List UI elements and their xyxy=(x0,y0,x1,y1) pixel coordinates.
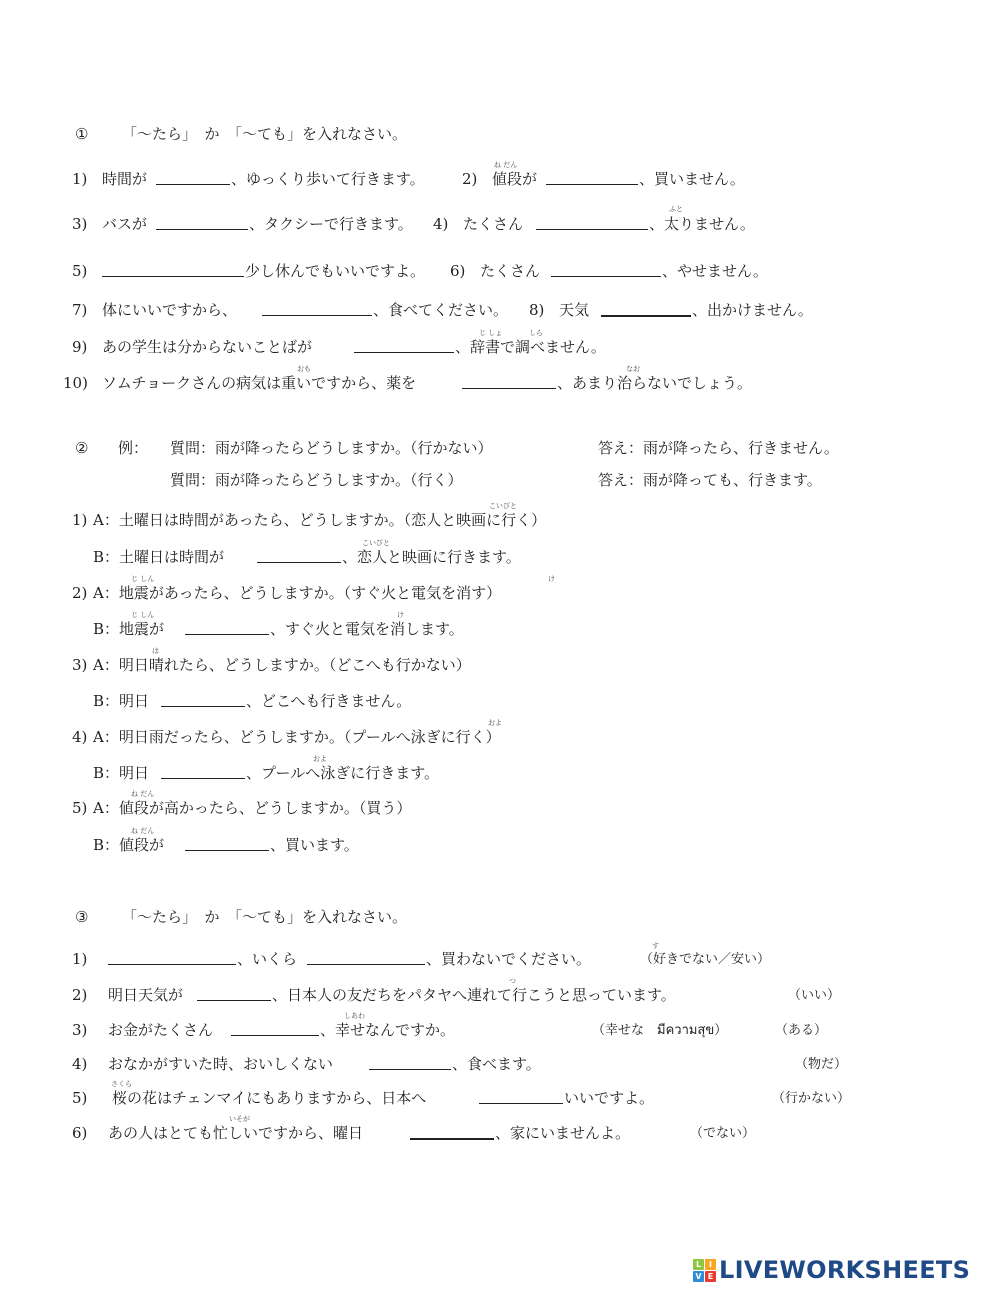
s2-q1-b-after: 、恋人と映画に行きます。 xyxy=(342,548,521,566)
s2-q2-b-after: 、すぐ火と電気を消します。 xyxy=(270,620,464,638)
s3-q2-after: 、日本人の友だちをパタヤへ連れて行こうと思っています。 xyxy=(272,986,676,1004)
s1-q6-answer-field[interactable] xyxy=(551,262,661,277)
s1-q9-after: 、辞書で調べません。 xyxy=(455,338,606,356)
example-label: 例： xyxy=(118,439,148,457)
s3-q5-answer-field[interactable] xyxy=(479,1089,563,1104)
s3-q5-hint: （行かない） xyxy=(772,1090,850,1108)
s2-q4-b-after: 、プールへ泳ぎに行きます。 xyxy=(246,764,439,782)
s1-q6-before: たくさん xyxy=(480,262,540,280)
s2-q4-b-before: B：明日 xyxy=(93,764,149,782)
s1-q10-answer-field[interactable] xyxy=(462,374,556,389)
example-answer-1: 答え：雨が降ったら、行きません。 xyxy=(598,439,839,457)
s1-q4-answer-field[interactable] xyxy=(536,215,648,230)
s1-q4-number: 4) xyxy=(433,215,448,233)
s1-q9-answer-field[interactable] xyxy=(354,338,454,353)
s1-q7-answer-field[interactable] xyxy=(262,301,372,316)
s3-q5-before: 桜の花はチェンマイにもありますから、日本へ xyxy=(112,1089,426,1107)
s1-q1-number: 1) xyxy=(72,170,87,188)
s3-q5-ruby: さくら xyxy=(111,1079,132,1089)
s3-q6-before: あの人はとても忙しいですから、曜日 xyxy=(108,1124,363,1142)
s2-q5-question: A：値段が高かったら、どうしますか。（買う） xyxy=(93,799,411,817)
s1-q4-after: 、太りません。 xyxy=(649,215,755,233)
s1-q4-before: たくさん xyxy=(463,215,523,233)
s2-q4-question: A：明日雨だったら、どうしますか。（プールへ泳ぎに行く） xyxy=(93,728,501,746)
s2-q2-answer-field[interactable] xyxy=(185,620,269,635)
s3-q3-after: 、幸せなんですか。 xyxy=(320,1021,455,1039)
s3-q3-ruby: しあわ xyxy=(344,1011,365,1021)
s2-q4-number: 4) xyxy=(72,728,87,746)
s3-q2-answer-field[interactable] xyxy=(197,986,271,1001)
s3-q4-hint: （物だ） xyxy=(795,1056,847,1074)
s3-q1-hint: （好きでない／安い） xyxy=(640,951,770,969)
s1-q5-answer-field[interactable] xyxy=(102,262,244,277)
s3-q4-before: おなかがすいた時、おいしくない xyxy=(108,1055,333,1073)
s2-q1-b-before: B：土曜日は時間が xyxy=(93,548,224,566)
s3-q6-answer-field[interactable] xyxy=(410,1124,494,1140)
s3-q1-answer-field-1[interactable] xyxy=(108,950,236,965)
s2-q1-answer-field[interactable] xyxy=(257,548,341,563)
s1-q8-after: 、出かけません。 xyxy=(692,301,813,319)
s3-q2-before: 明日天気が xyxy=(108,986,183,1004)
s2-q3-number: 3) xyxy=(72,656,87,674)
s2-q2-b-ruby: じ しん xyxy=(131,610,154,620)
s2-q1-a-ruby: こいびと xyxy=(489,501,517,511)
s3-q3-note: （幸せな มีความสุข） xyxy=(592,1022,727,1040)
live-blocks-icon: L I V E xyxy=(693,1259,716,1282)
section-1-number: ① xyxy=(75,125,88,143)
s1-q1-before: 時間が xyxy=(102,170,147,188)
section-3-number: ③ xyxy=(75,908,88,926)
s3-q3-answer-field[interactable] xyxy=(231,1021,319,1036)
s3-q3-before: お金がたくさん xyxy=(108,1021,213,1039)
s1-q8-answer-field[interactable] xyxy=(601,301,691,317)
s1-q8-number: 8) xyxy=(529,301,544,319)
s3-q6-after: 、家にいませんよ。 xyxy=(495,1124,630,1142)
s3-q1-middle: 、いくら xyxy=(237,950,297,968)
s1-q10-number: 10) xyxy=(63,374,88,392)
s2-q4-a-ruby: およ xyxy=(488,718,502,728)
s3-q2-number: 2) xyxy=(72,986,87,1004)
section-2-number: ② xyxy=(75,439,88,457)
example-question-2: 質問：雨が降ったらどうしますか。（行く） xyxy=(170,471,463,489)
s2-q3-a-ruby: は xyxy=(152,646,159,656)
s1-q2-answer-field[interactable] xyxy=(546,170,638,185)
s3-q1-after: 、買わないでください。 xyxy=(426,950,591,968)
s1-q2-before: 値段が xyxy=(492,170,537,188)
example-question-1: 質問：雨が降ったらどうしますか。（行かない） xyxy=(170,439,493,457)
s2-q5-b-ruby: ね だん xyxy=(131,826,154,836)
s3-q5-number: 5) xyxy=(72,1089,87,1107)
s1-q3-answer-field[interactable] xyxy=(156,215,248,230)
s1-q7-before: 体にいいですから、 xyxy=(102,301,237,319)
s3-q1-hint-ruby: す xyxy=(652,941,659,951)
s1-q1-after: 、ゆっくり歩いて行きます。 xyxy=(231,170,425,188)
s2-q2-a-ruby: じ しん xyxy=(131,574,154,584)
s2-q2-question: A：地震があったら、どうしますか。（すぐ火と電気を消す） xyxy=(93,584,501,602)
s3-q3-hint: （ある） xyxy=(775,1022,827,1040)
s2-q3-b-before: B：明日 xyxy=(93,692,149,710)
s2-q3-b-after: 、どこへも行きません。 xyxy=(246,692,411,710)
s1-q9-number: 9) xyxy=(72,338,87,356)
s1-q3-before: バスが xyxy=(102,215,147,233)
s1-q10-after: 、あまり治らないでしょう。 xyxy=(557,374,752,392)
s1-q8-before: 天気 xyxy=(559,301,589,319)
s2-q5-b-before: B：値段が xyxy=(93,836,164,854)
s2-q5-b-after: 、買います。 xyxy=(270,836,359,854)
s1-q2-ruby: ね だん xyxy=(494,160,517,170)
section-1-instruction: 「〜たら」 か 「〜ても」を入れなさい。 xyxy=(122,125,407,143)
s3-q6-ruby: いそが xyxy=(229,1114,250,1124)
liveworksheets-logo[interactable]: L I V E LIVEWORKSHEETS xyxy=(693,1255,970,1285)
logo-block-e: E xyxy=(705,1271,716,1282)
s3-q2-ruby: つ xyxy=(509,976,516,986)
s3-q5-after: いいですよ。 xyxy=(564,1089,654,1107)
s1-q3-after: 、タクシーで行きます。 xyxy=(249,215,413,233)
s3-q3-number: 3) xyxy=(72,1021,87,1039)
s1-q1-answer-field[interactable] xyxy=(156,170,230,185)
s1-q10-before: ソムチョークさんの病気は重いですから、薬を xyxy=(102,374,416,392)
s3-q6-hint: （でない） xyxy=(690,1125,755,1143)
s2-q2-b-ruby-2: け xyxy=(397,610,404,620)
s2-q2-number: 2) xyxy=(72,584,87,602)
s3-q4-after: 、食べます。 xyxy=(452,1055,541,1073)
s3-q6-number: 6) xyxy=(72,1124,87,1142)
s1-q9-ruby-1: じ しょ xyxy=(479,328,502,338)
s1-q4-ruby: ふと xyxy=(669,204,683,214)
s1-q9-before: あの学生は分からないことばが xyxy=(102,338,312,356)
s1-q6-after: 、やせません。 xyxy=(662,262,768,280)
s1-q2-number: 2) xyxy=(462,170,477,188)
s3-q1-number: 1) xyxy=(72,950,87,968)
s2-q4-b-ruby: およ xyxy=(313,754,327,764)
s1-q10-ruby-2: なお xyxy=(626,364,640,374)
s1-q5-number: 5) xyxy=(72,262,87,280)
s3-q1-answer-field-2[interactable] xyxy=(307,950,425,965)
s3-q4-answer-field[interactable] xyxy=(369,1055,451,1070)
s2-q3-question: A：明日晴れたら、どうしますか。（どこへも行かない） xyxy=(93,656,471,674)
section-3-instruction: 「〜たら」 か 「〜ても」を入れなさい。 xyxy=(122,908,407,926)
s1-q9-ruby-2: しら xyxy=(529,328,543,338)
s1-q2-after: 、買いません。 xyxy=(639,170,745,188)
s1-q3-number: 3) xyxy=(72,215,87,233)
s3-q2-hint: （いい） xyxy=(788,987,840,1005)
s2-q1-question: A：土曜日は時間があったら、どうしますか。（恋人と映画に行く） xyxy=(93,511,546,529)
s3-q4-number: 4) xyxy=(72,1055,87,1073)
s2-q2-a-ruby-2: け xyxy=(548,574,555,584)
s1-q5-after: 少し休んでもいいですよ。 xyxy=(245,262,425,280)
s2-q4-answer-field[interactable] xyxy=(161,764,245,779)
logo-block-l: L xyxy=(693,1259,704,1270)
example-answer-2: 答え：雨が降っても、行きます。 xyxy=(598,471,822,489)
s1-q7-after: 、食べてください。 xyxy=(373,301,508,319)
s1-q6-number: 6) xyxy=(450,262,465,280)
s2-q1-b-ruby: こいびと xyxy=(362,538,390,548)
s2-q5-number: 5) xyxy=(72,799,87,817)
s2-q5-a-ruby: ね だん xyxy=(131,789,154,799)
logo-block-v: V xyxy=(693,1271,704,1282)
s1-q7-number: 7) xyxy=(72,301,87,319)
s2-q2-b-before: B：地震が xyxy=(93,620,164,638)
s2-q1-number: 1) xyxy=(72,511,87,529)
logo-block-i: I xyxy=(705,1259,716,1270)
s1-q10-ruby-1: おも xyxy=(297,364,311,374)
s2-q3-answer-field[interactable] xyxy=(161,692,245,707)
s2-q5-answer-field[interactable] xyxy=(185,836,269,851)
logo-text: LIVEWORKSHEETS xyxy=(719,1256,970,1284)
